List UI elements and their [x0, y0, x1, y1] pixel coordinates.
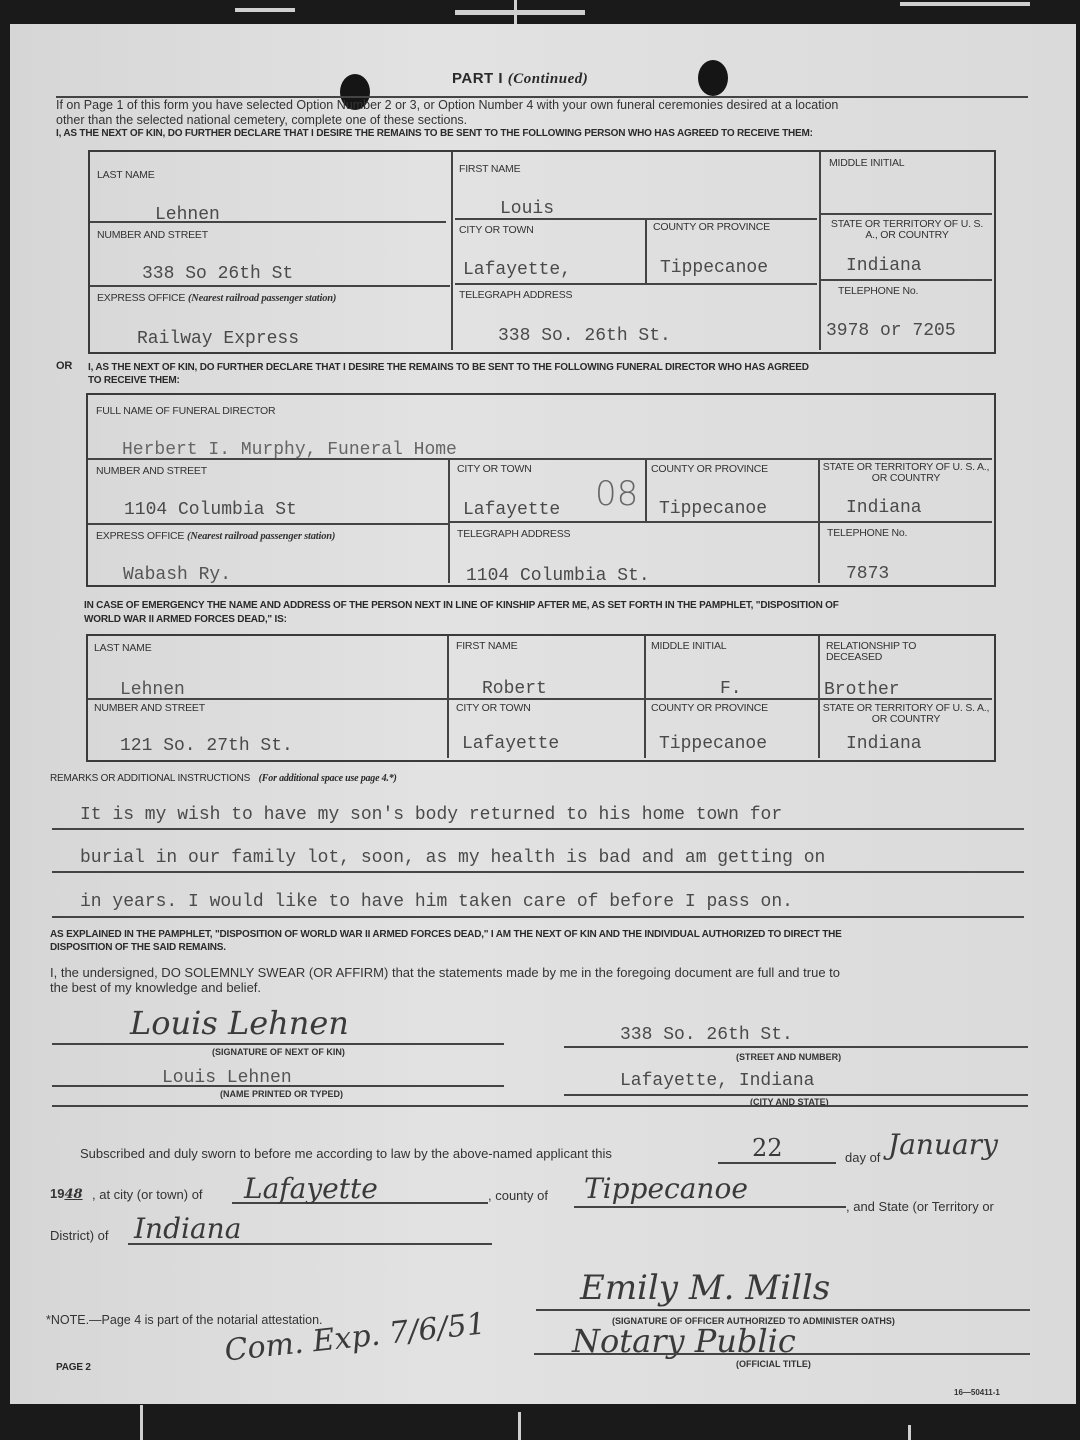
background-grid-line [518, 1412, 521, 1440]
intro-line-1: If on Page 1 of this form you have selec… [56, 98, 838, 112]
label-number-street: NUMBER AND STREET [97, 230, 208, 241]
field-funeral-director-name[interactable]: Herbert I. Murphy, Funeral Home [122, 440, 457, 460]
label-telegraph: TELEGRAPH ADDRESS [459, 290, 572, 301]
field-nok-last-name[interactable]: Lehnen [120, 680, 185, 700]
remarks-label-note: (For additional space use page 4.*) [259, 773, 397, 784]
street-line [564, 1046, 1028, 1048]
form-number: 16—50411-1 [954, 1388, 1000, 1397]
field-fd-telephone[interactable]: 7873 [846, 564, 889, 584]
authorization-line-2: DISPOSITION OF THE SAID REMAINS. [50, 942, 226, 954]
background-grid-line [455, 10, 585, 15]
printed-name-line [52, 1085, 504, 1087]
oath-line-2: the best of my knowledge and belief. [50, 980, 261, 995]
remarks-line [52, 871, 1024, 873]
label-fd-state: STATE OR TERRITORY OF U. S. A., OR COUNT… [822, 462, 990, 484]
background-grid-line [235, 8, 295, 12]
field-express-office[interactable]: Railway Express [137, 329, 299, 349]
district-text: District) of [50, 1228, 109, 1243]
divider [90, 221, 446, 223]
label-nok-county: COUNTY OR PROVINCE [651, 703, 768, 714]
officer-signature-line [536, 1309, 1030, 1311]
label-nok-state: STATE OR TERRITORY OF U. S. A., OR COUNT… [822, 703, 990, 725]
official-title-caption: (OFFICIAL TITLE) [736, 1359, 811, 1369]
attestation-rule [52, 1105, 1028, 1107]
label-funeral-director-name: FULL NAME OF FUNERAL DIRECTOR [96, 406, 275, 417]
divider [447, 636, 449, 758]
label-fd-number-street: NUMBER AND STREET [96, 466, 207, 477]
field-fd-telegraph[interactable]: 1104 Columbia St. [466, 566, 650, 586]
divider [90, 285, 450, 287]
oath-line-1: I, the undersigned, DO SOLEMNLY SWEAR (O… [50, 965, 840, 980]
label-first-name: FIRST NAME [459, 164, 520, 175]
divider [88, 523, 448, 525]
field-nok-city[interactable]: Lafayette [462, 734, 559, 754]
footer-note: *NOTE.—Page 4 is part of the notarial at… [46, 1313, 323, 1327]
street-caption: (STREET AND NUMBER) [736, 1052, 841, 1062]
divider [820, 521, 992, 523]
title-text: PART I [452, 70, 503, 87]
label-nok-city: CITY OR TOWN [456, 703, 531, 714]
printed-name-caption: (NAME PRINTED OR TYPED) [220, 1089, 343, 1099]
label-nok-first-name: FIRST NAME [456, 641, 517, 652]
field-notary-state[interactable]: Indiana [134, 1212, 241, 1245]
divider [818, 636, 820, 758]
divider [644, 636, 646, 758]
divider [451, 152, 453, 350]
funeral-director-box [86, 393, 996, 587]
field-nok-first-name[interactable]: Robert [482, 679, 547, 699]
field-city[interactable]: Lafayette, [463, 260, 571, 280]
field-city-state[interactable]: Lafayette, Indiana [620, 1071, 814, 1091]
field-nok-state[interactable]: Indiana [846, 734, 922, 754]
label-last-name: LAST NAME [97, 170, 155, 181]
label-fd-telephone: TELEPHONE No. [827, 528, 907, 539]
day-of-text: day of [845, 1150, 880, 1165]
signature-line [52, 1043, 504, 1045]
remarks-label-text: REMARKS OR ADDITIONAL INSTRUCTIONS [50, 773, 250, 784]
year-text: 1948 [50, 1186, 83, 1202]
next-of-kin-intro-cont: WORLD WAR II ARMED FORCES DEAD," IS: [84, 614, 287, 626]
intro-line-2: other than the selected national cemeter… [56, 113, 467, 127]
fd-city-annotation: 08 [595, 474, 638, 514]
title-suffix: (Continued) [508, 71, 589, 87]
fd-express-office-note: (Nearest railroad passenger station) [187, 531, 335, 542]
divider [645, 218, 647, 284]
background-grid-line [900, 2, 1030, 6]
divider [450, 521, 818, 523]
notary-county-line [574, 1206, 846, 1208]
field-fd-city[interactable]: Lafayette [463, 500, 560, 520]
field-nok-relationship[interactable]: Brother [824, 680, 900, 700]
label-nok-number-street: NUMBER AND STREET [94, 703, 205, 714]
next-of-kin-signature[interactable]: Louis Lehnen [130, 1004, 349, 1042]
section2-declaration: I, AS THE NEXT OF KIN, DO FURTHER DECLAR… [88, 362, 809, 374]
authorization-line-1: AS EXPLAINED IN THE PAMPHLET, "DISPOSITI… [50, 929, 842, 941]
page-title: PART I (Continued) [452, 70, 588, 88]
divider [645, 460, 647, 522]
remarks-label: REMARKS OR ADDITIONAL INSTRUCTIONS (For … [50, 773, 397, 785]
divider [455, 283, 817, 285]
express-office-note: (Nearest railroad passenger station) [188, 293, 336, 304]
fd-express-office-label-text: EXPRESS OFFICE [96, 530, 184, 542]
field-fd-county[interactable]: Tippecanoe [659, 499, 767, 519]
or-label: OR [56, 360, 72, 372]
field-state[interactable]: Indiana [846, 256, 922, 276]
field-attest-street[interactable]: 338 So. 26th St. [620, 1025, 793, 1045]
background-grid-line [140, 1405, 143, 1440]
label-county: COUNTY OR PROVINCE [653, 222, 770, 233]
city-text: , at city (or town) of [92, 1187, 203, 1202]
punch-hole [698, 60, 728, 96]
remarks-line [52, 916, 1024, 918]
section2-declaration-cont: TO RECEIVE THEM: [88, 375, 180, 387]
field-notary-county[interactable]: Tippecanoe [584, 1172, 748, 1205]
remarks-line-3[interactable]: in years. I would like to have him taken… [80, 892, 793, 912]
label-fd-express-office: EXPRESS OFFICE (Nearest railroad passeng… [96, 531, 335, 542]
field-nok-number-street[interactable]: 121 So. 27th St. [120, 736, 293, 756]
sworn-text: Subscribed and duly sworn to before me a… [80, 1146, 612, 1161]
field-fd-state[interactable]: Indiana [846, 498, 922, 518]
year-suffix[interactable]: 48 [64, 1187, 82, 1202]
field-last-name[interactable]: Lehnen [155, 205, 220, 225]
label-nok-relationship: RELATIONSHIP TO DECEASED [826, 641, 946, 663]
label-express-office: EXPRESS OFFICE (Nearest railroad passeng… [97, 293, 336, 304]
field-month[interactable]: January [888, 1128, 998, 1161]
section1-declaration: I, AS THE NEXT OF KIN, DO FURTHER DECLAR… [56, 128, 813, 140]
year-prefix: 19 [50, 1186, 64, 1201]
field-day[interactable]: 22 [752, 1134, 783, 1162]
remarks-line [52, 828, 1024, 830]
signature-caption: (SIGNATURE OF NEXT OF KIN) [212, 1047, 345, 1057]
next-of-kin-intro: IN CASE OF EMERGENCY THE NAME AND ADDRES… [84, 600, 839, 612]
label-nok-middle-initial: MIDDLE INITIAL [651, 641, 726, 652]
officer-signature[interactable]: Emily M. Mills [580, 1268, 830, 1308]
divider [821, 213, 992, 215]
state-text: , and State (or Territory or [846, 1199, 994, 1214]
page-number: PAGE 2 [56, 1362, 91, 1374]
remarks-line-2[interactable]: burial in our family lot, soon, as my he… [80, 848, 825, 868]
divider [819, 152, 821, 350]
field-nok-middle-initial[interactable]: F. [720, 679, 742, 699]
label-middle-initial: MIDDLE INITIAL [829, 158, 904, 169]
label-telephone: TELEPHONE No. [838, 286, 918, 297]
background-grid-line [908, 1425, 911, 1440]
official-title-line [534, 1353, 1030, 1355]
label-city: CITY OR TOWN [459, 225, 534, 236]
field-nok-county[interactable]: Tippecanoe [659, 734, 767, 754]
field-telephone[interactable]: 3978 or 7205 [826, 321, 956, 341]
field-county[interactable]: Tippecanoe [660, 258, 768, 278]
label-fd-county: COUNTY OR PROVINCE [651, 464, 768, 475]
field-notary-city[interactable]: Lafayette [244, 1172, 378, 1205]
label-nok-last-name: LAST NAME [94, 643, 152, 654]
field-first-name[interactable]: Louis [500, 199, 554, 219]
city-state-line [564, 1094, 1028, 1096]
divider [821, 279, 992, 281]
label-fd-telegraph: TELEGRAPH ADDRESS [457, 529, 570, 540]
background-grid-line [514, 0, 517, 26]
field-fd-express-office[interactable]: Wabash Ry. [123, 565, 231, 585]
county-text: , county of [488, 1188, 548, 1203]
express-office-label-text: EXPRESS OFFICE [97, 292, 185, 304]
remarks-line-1[interactable]: It is my wish to have my son's body retu… [80, 805, 782, 825]
field-telegraph[interactable]: 338 So. 26th St. [498, 326, 671, 346]
field-fd-number-street[interactable]: 1104 Columbia St [124, 500, 297, 520]
label-state: STATE OR TERRITORY OF U. S. A., OR COUNT… [824, 219, 990, 241]
field-number-street[interactable]: 338 So 26th St [142, 264, 293, 284]
day-line [718, 1162, 836, 1164]
label-fd-city: CITY OR TOWN [457, 464, 532, 475]
